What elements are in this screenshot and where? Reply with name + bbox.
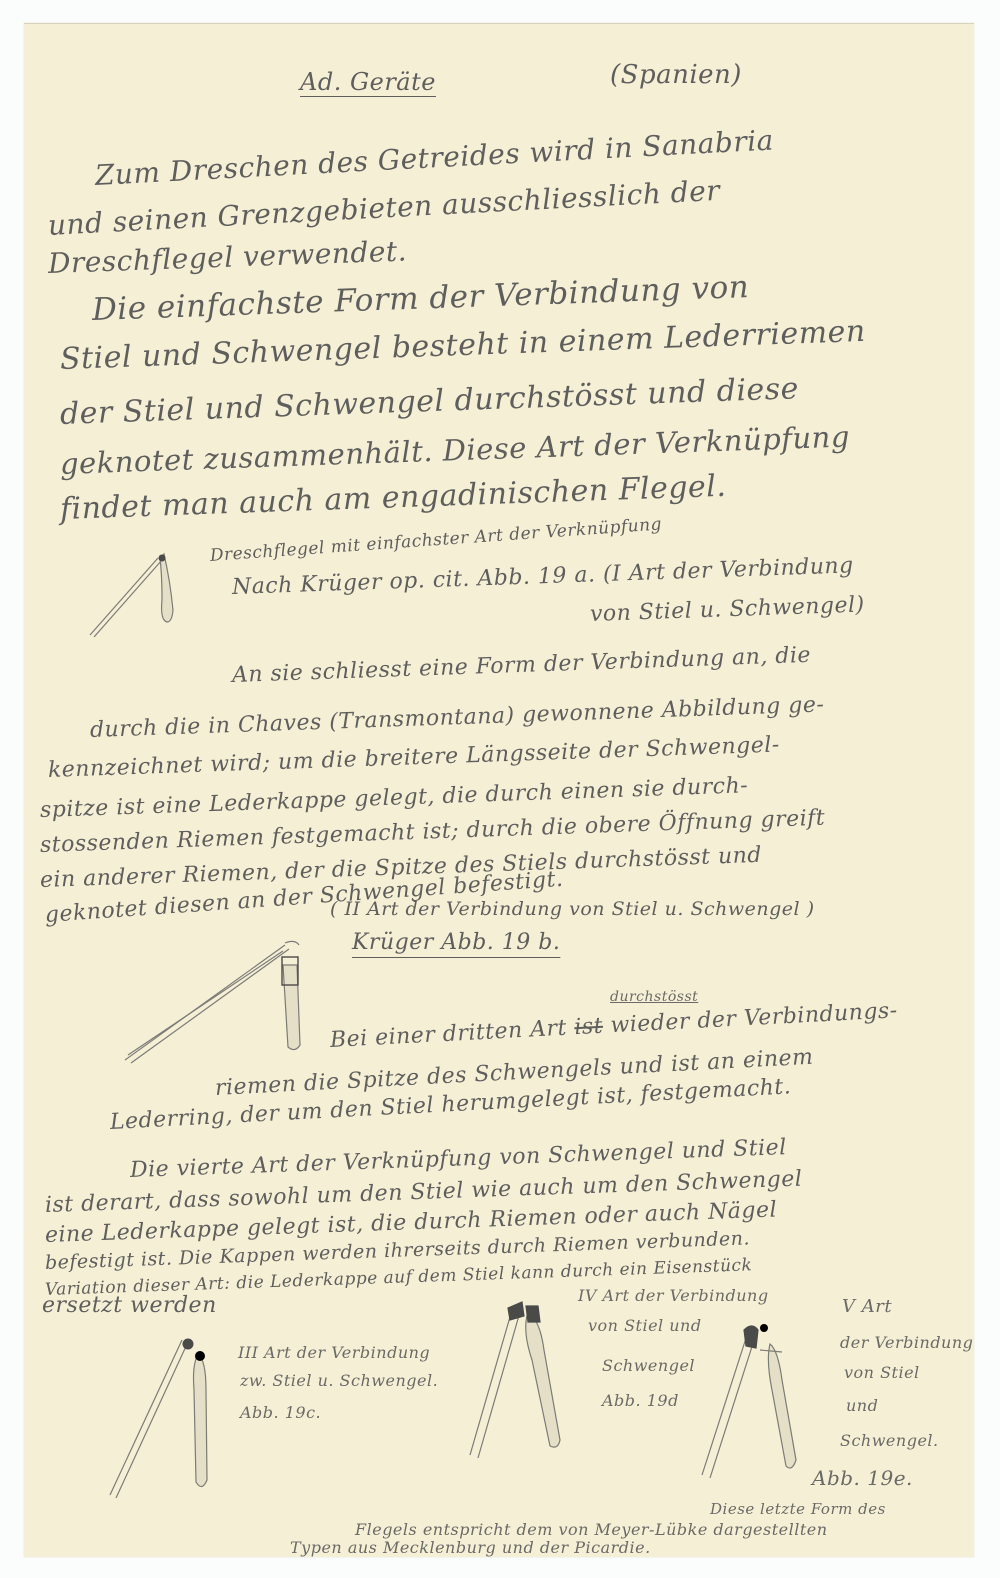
paragraph-4-struck-word: ist	[574, 1014, 604, 1040]
figure-5-line-3: von Stiel	[844, 1365, 920, 1381]
caption-2-line-2: Krüger Abb. 19 b.	[352, 932, 560, 954]
region-label: (Spanien)	[610, 62, 742, 88]
flail-sketch-4	[470, 1290, 590, 1460]
inserted-word: durchstösst	[610, 990, 698, 1004]
flail-sketch-2	[125, 935, 305, 1065]
flail-sketch-3	[110, 1330, 220, 1500]
footer-line-2: Typen aus Mecklenburg und der Picardie.	[290, 1540, 651, 1556]
figure-4-line-3: Schwengel	[602, 1358, 695, 1374]
figure-5-line-6: Abb. 19e.	[812, 1468, 913, 1488]
paragraph-5-line-6: ersetzt werden	[42, 1295, 217, 1317]
flail-sketch-5	[700, 1310, 810, 1480]
figure-3-line-2: zw. Stiel u. Schwengel.	[240, 1373, 438, 1389]
figure-5-line-5: Schwengel.	[840, 1433, 939, 1449]
page-title: Ad. Geräte	[300, 70, 436, 94]
figure-5-line-2: der Verbindung	[840, 1335, 973, 1351]
figure-4-line-1: IV Art der Verbindung	[578, 1288, 769, 1304]
figure-4-line-2: von Stiel und	[588, 1318, 702, 1334]
flail-sketch-1	[90, 540, 180, 640]
figure-5-line-1: V Art	[842, 1298, 892, 1316]
figure-4-line-4: Abb. 19d	[602, 1393, 679, 1409]
figure-3-line-3: Abb. 19c.	[240, 1405, 321, 1421]
footer-line-1: Flegels entspricht dem von Meyer-Lübke d…	[355, 1522, 828, 1538]
footer-inserted: Diese letzte Form des	[710, 1502, 886, 1517]
caption-2-line-1: ( II Art der Verbindung von Stiel u. Sch…	[330, 900, 815, 919]
figure-5-line-4: und	[846, 1398, 878, 1414]
figure-3-line-1: III Art der Verbindung	[238, 1345, 430, 1361]
